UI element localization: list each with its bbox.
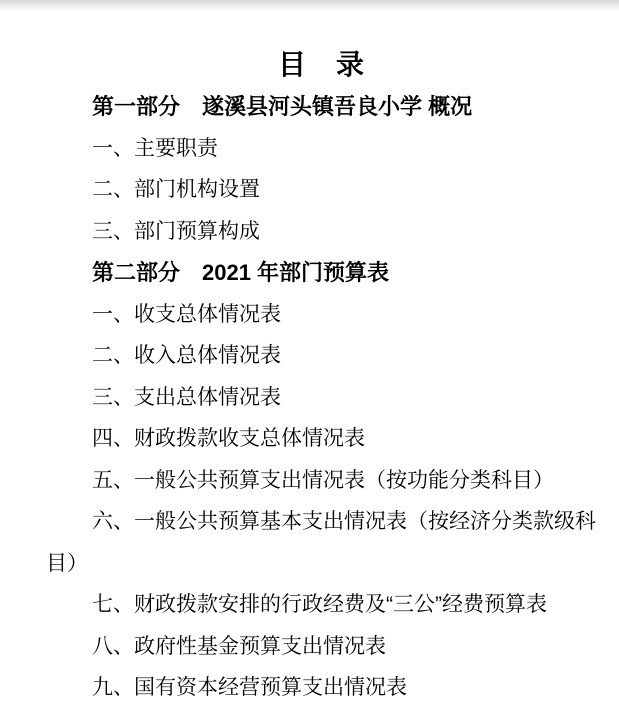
toc-item-part2-4: 四、财政拨款收支总体情况表 — [46, 418, 597, 460]
section-heading-part2: 第二部分 2021 年部门预算表 — [46, 252, 597, 294]
toc-item-part2-3: 三、支出总体情况表 — [46, 377, 597, 419]
toc-item-part2-8: 八、政府性基金预算支出情况表 — [46, 626, 597, 668]
section-heading-part1: 第一部分 遂溪县河头镇吾良小学 概况 — [46, 86, 597, 128]
toc-item-part1-3: 三、部门预算构成 — [46, 211, 597, 253]
toc-page: 目 录 第一部分 遂溪县河头镇吾良小学 概况 一、主要职责 二、部门机构设置 三… — [0, 0, 619, 702]
toc-item-part2-6: 六、一般公共预算基本支出情况表（按经济分类款级科目） — [46, 501, 597, 584]
toc-item-part2-7: 七、财政拨款安排的行政经费及“三公”经费预算表 — [46, 584, 597, 626]
toc-item-part2-5: 五、一般公共预算支出情况表（按功能分类科目） — [46, 460, 597, 502]
toc-item-part2-1: 一、收支总体情况表 — [46, 294, 597, 336]
toc-item-part2-2: 二、收入总体情况表 — [46, 335, 597, 377]
toc-item-part1-1: 一、主要职责 — [46, 128, 597, 170]
toc-item-part1-2: 二、部门机构设置 — [46, 169, 597, 211]
page-title: 目 录 — [46, 44, 597, 86]
toc-item-part2-9: 九、国有资本经营预算支出情况表 — [46, 667, 597, 702]
